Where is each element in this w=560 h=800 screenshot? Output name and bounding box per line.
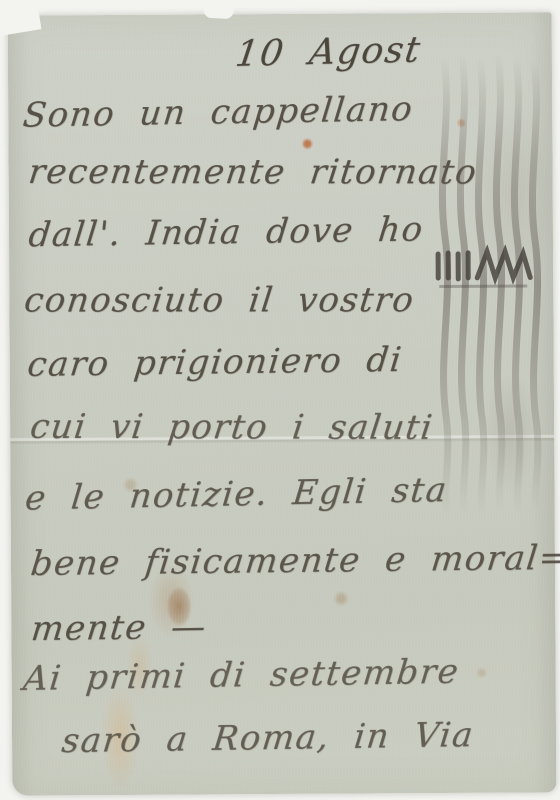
handwritten-line-2: recentemente ritornato <box>26 152 479 192</box>
handwritten-date: 10 Agost <box>233 30 424 75</box>
postmark-cancellation-icon <box>428 54 553 517</box>
handwritten-line-8: bene fisicamente e moral= <box>29 538 560 584</box>
scanned-letter-image: 10 Agost Sono un cappellano recentemente… <box>0 0 560 800</box>
handwritten-line-10: Ai primi di settembre <box>21 652 461 699</box>
handwritten-line-9: mente — <box>29 607 209 649</box>
handwritten-line-6: cui vi porto i saluti <box>28 407 436 448</box>
handwritten-line-5: caro prigioniero di <box>25 340 404 385</box>
postmark-ticks-icon <box>433 244 535 297</box>
postcard-paper: 10 Agost Sono un cappellano recentemente… <box>8 12 557 795</box>
handwritten-line-1: Sono un cappellano <box>21 89 416 135</box>
torn-edge-notch <box>203 6 234 19</box>
torn-corner <box>0 4 41 36</box>
handwritten-line-7: e le notizie. Egli sta <box>23 470 449 518</box>
handwritten-line-4: conosciuto il vostro <box>22 280 417 320</box>
handwritten-line-3: dall'. India dove ho <box>27 209 426 255</box>
handwritten-line-11: sarò a Roma, in Via <box>60 715 476 761</box>
